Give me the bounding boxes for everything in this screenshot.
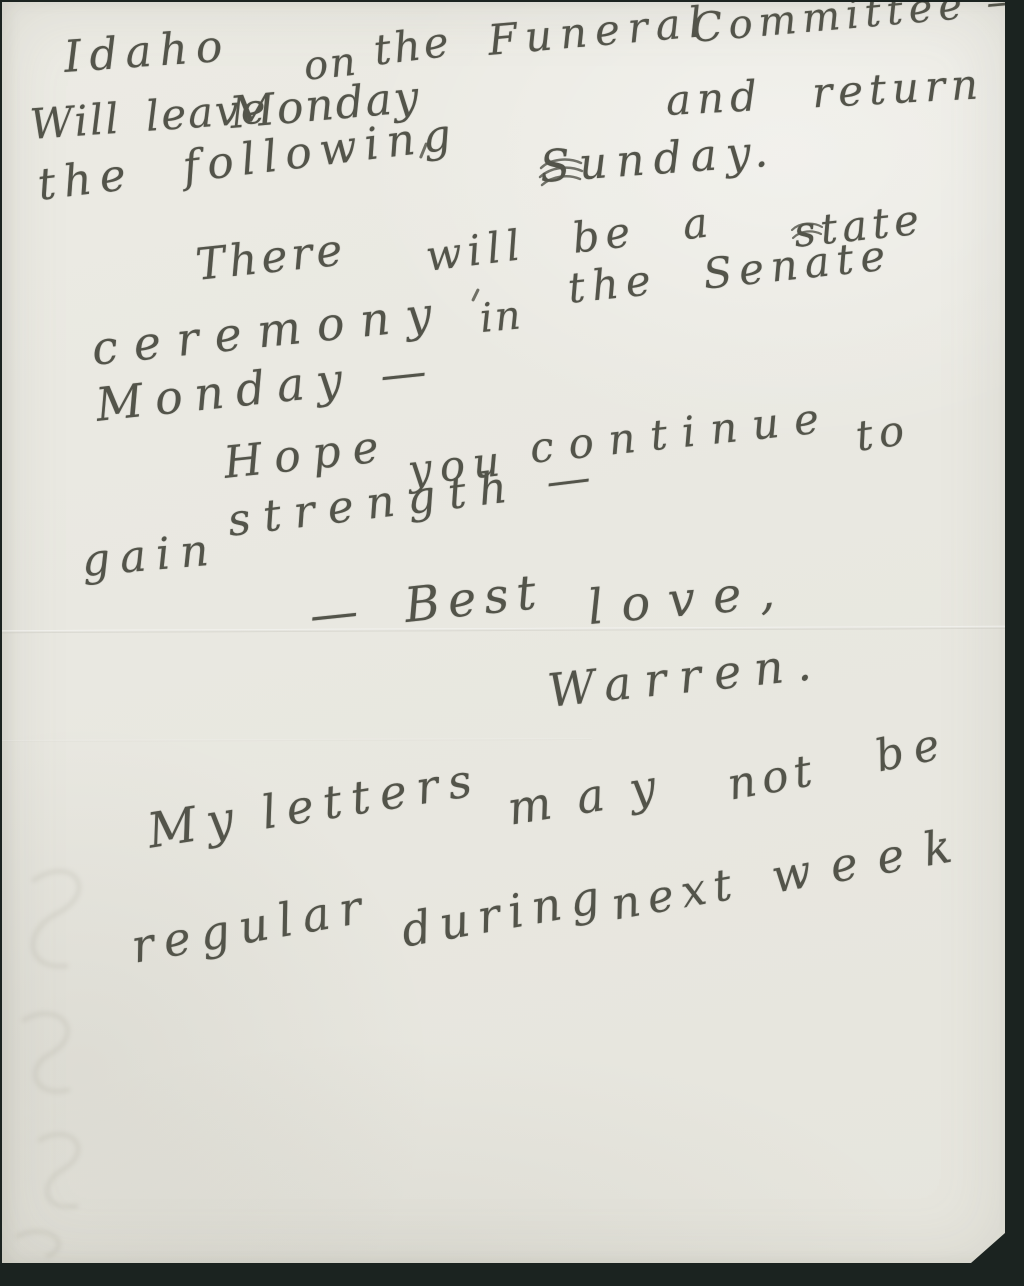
fold-crease-secondary	[2, 738, 592, 742]
ink-scribble-sunday-correction	[538, 152, 584, 192]
handwritten-word: Committee —	[690, 0, 1024, 52]
handwritten-word: letters	[258, 752, 485, 840]
handwritten-word: in	[478, 292, 524, 342]
fold-crease	[2, 626, 1005, 633]
show-through-marks	[4, 840, 164, 1260]
handwritten-word: and return	[665, 59, 985, 125]
letter-page: Idaho on the Funeral Committee — Will le…	[2, 2, 1005, 1263]
handwritten-word: regular	[127, 878, 375, 973]
scan-background: Idaho on the Funeral Committee — Will le…	[0, 0, 1024, 1286]
handwritten-word: be	[871, 717, 954, 782]
handwritten-word: the	[371, 17, 454, 75]
handwritten-word: Idaho	[62, 20, 232, 82]
handwritten-word: gain	[80, 524, 221, 587]
handwritten-word: not	[724, 745, 822, 811]
handwritten-word: to	[853, 405, 913, 461]
handwritten-word: may	[504, 755, 685, 836]
valediction-word: — Best	[307, 564, 546, 644]
handwritten-word: Funeral	[486, 0, 712, 65]
valediction-word: love,	[586, 562, 795, 636]
handwritten-word: week	[767, 815, 975, 903]
handwritten-word: There	[193, 224, 348, 290]
signature-word: Warren.	[545, 635, 826, 718]
handwritten-word: My	[144, 789, 248, 859]
handwritten-word: during	[397, 868, 612, 957]
handwritten-word: next	[608, 858, 744, 931]
